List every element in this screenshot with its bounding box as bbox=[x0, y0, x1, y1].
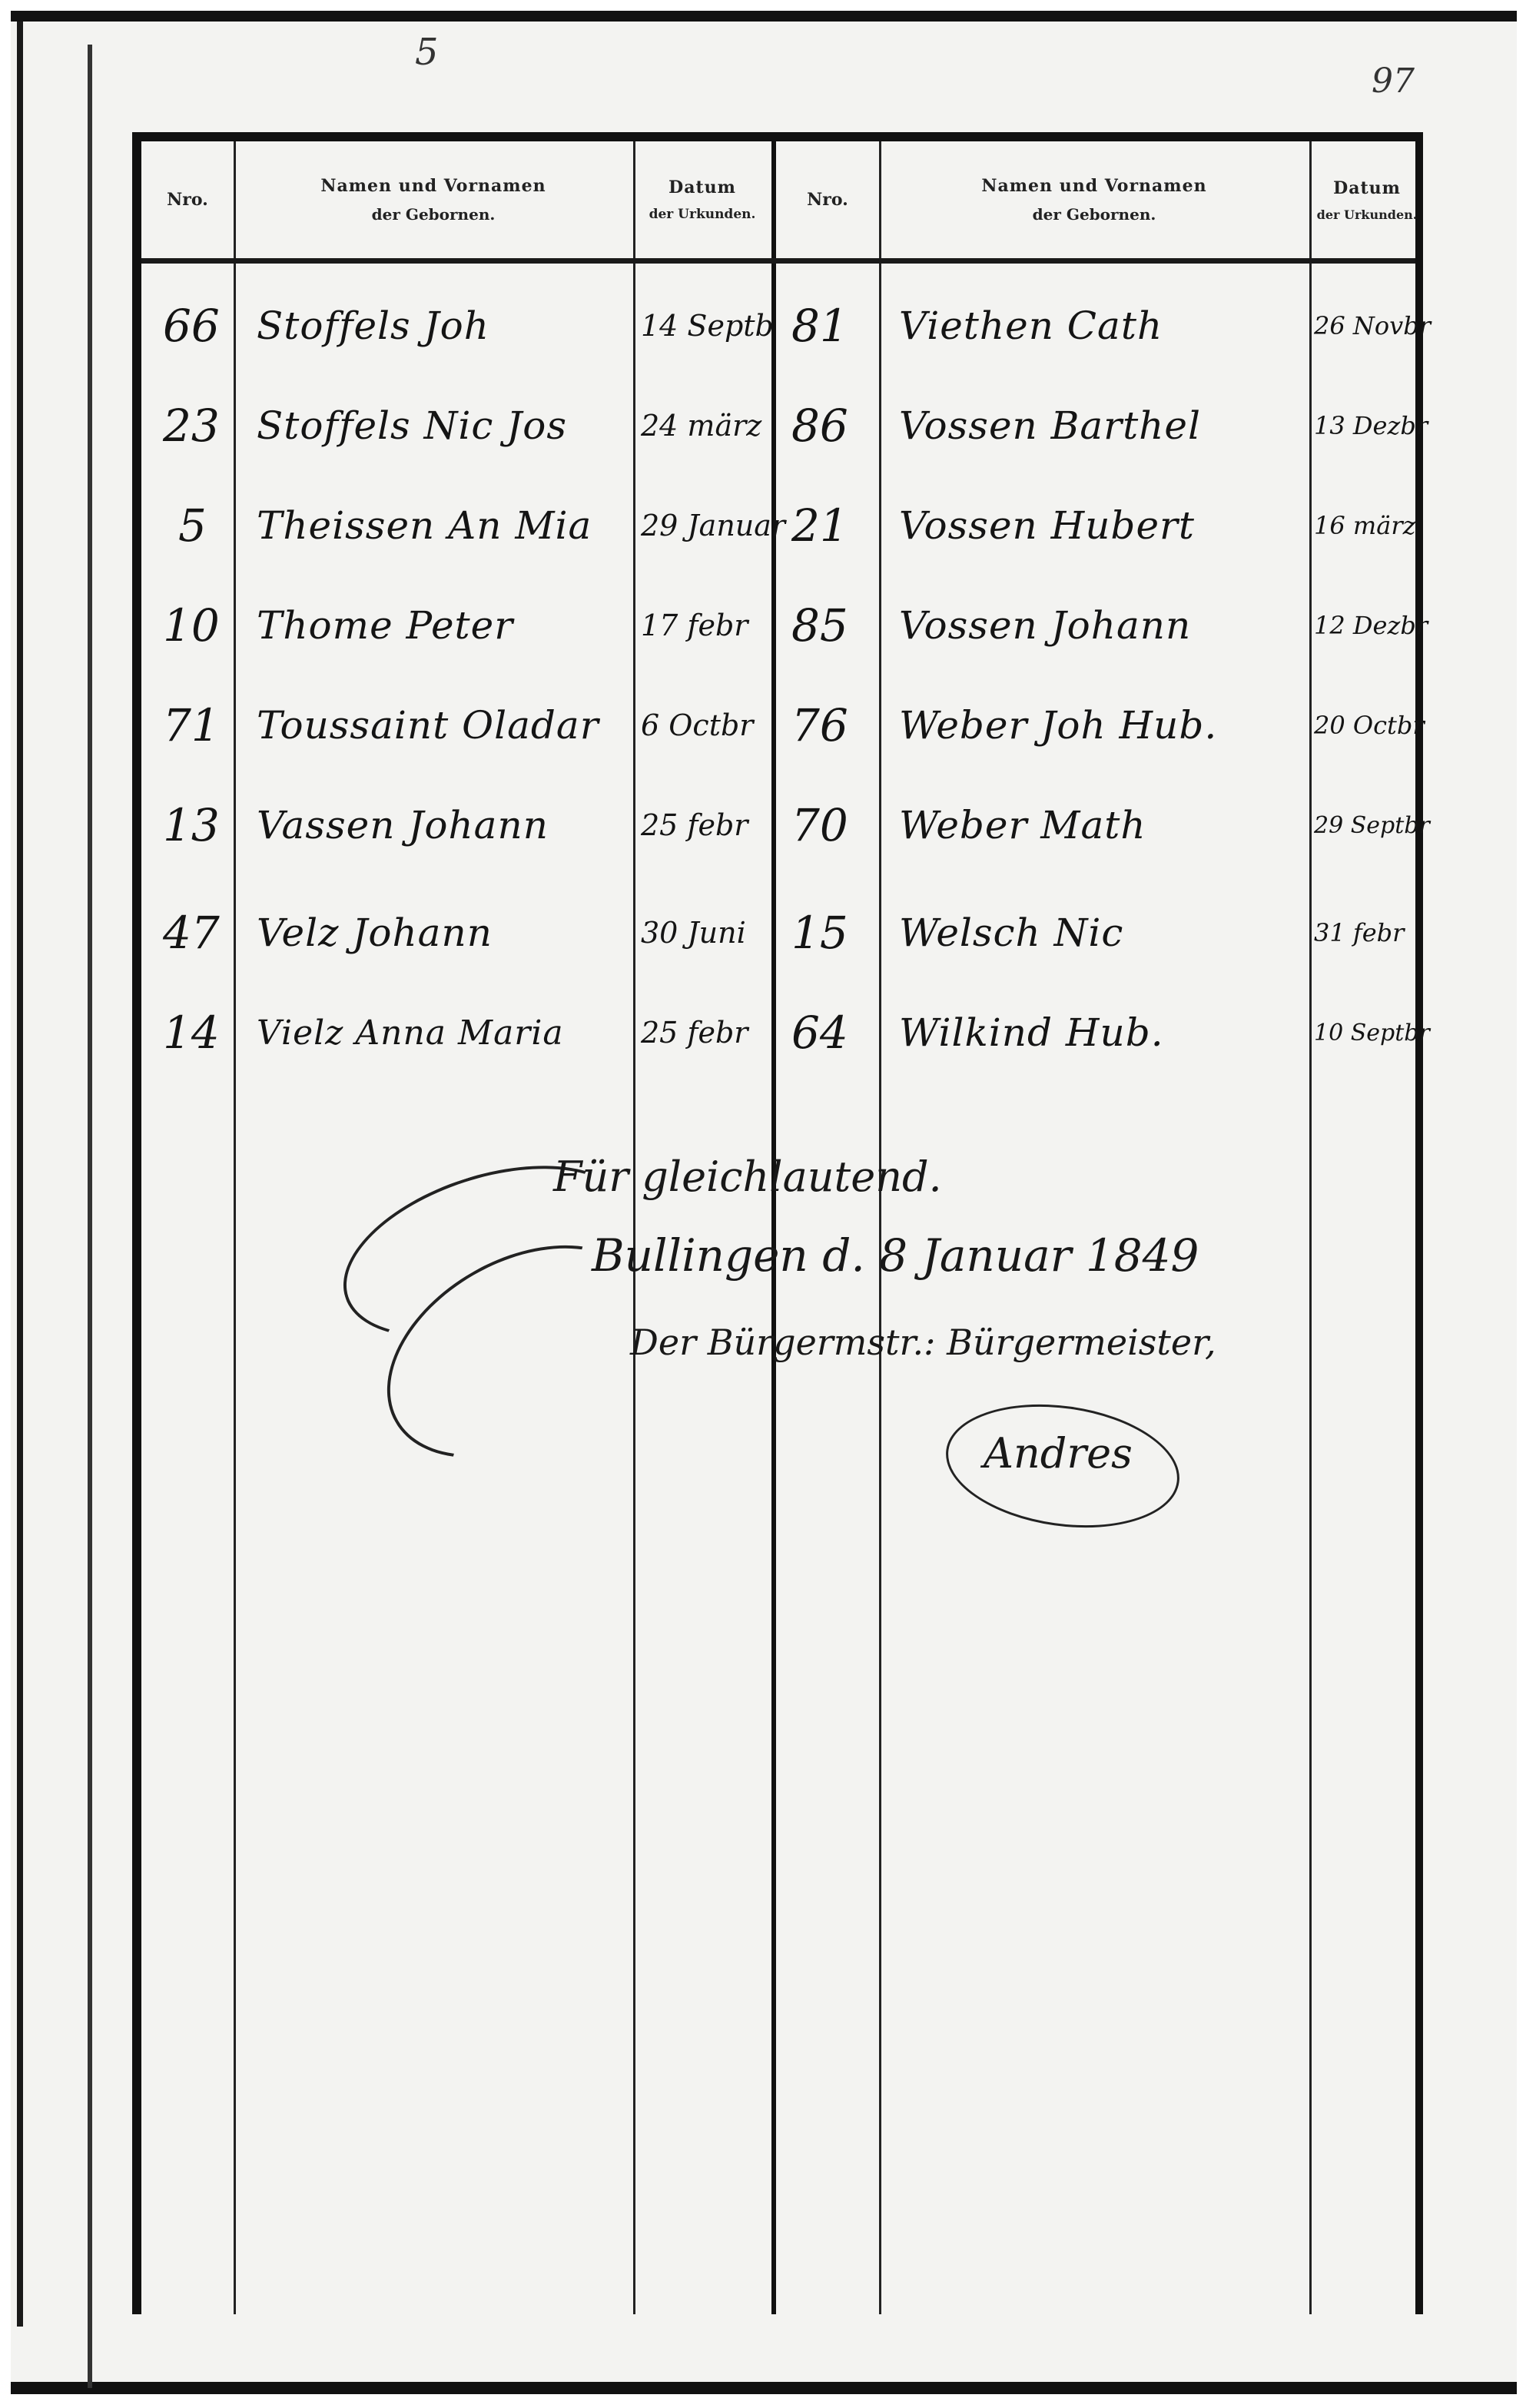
entry-name: Vassen Johann bbox=[257, 803, 549, 847]
entry-name: Welsch Nic bbox=[899, 910, 1123, 955]
entry-number: 15 bbox=[791, 907, 848, 959]
certification-line: Für gleichlautend. bbox=[553, 1153, 942, 1201]
header-name-line2: der Gebornen. bbox=[1033, 205, 1156, 224]
page-number: 97 bbox=[1372, 61, 1415, 101]
entry-name: Thome Peter bbox=[257, 603, 513, 648]
header-nro-left: Nro. bbox=[141, 141, 234, 258]
header-date-line1: Datum bbox=[668, 177, 736, 197]
col-divider bbox=[633, 141, 635, 2314]
entry-name: Vielz Anna Maria bbox=[257, 1013, 564, 1053]
entry-date: 6 Octbr bbox=[641, 708, 753, 742]
entry-date: 17 febr bbox=[641, 609, 748, 642]
entry-date: 16 märz bbox=[1314, 511, 1415, 540]
entry-name: Weber Joh Hub. bbox=[899, 703, 1217, 748]
col-divider bbox=[234, 141, 236, 2314]
top-margin-mark: 5 bbox=[415, 31, 439, 74]
entry-number: 5 bbox=[178, 499, 207, 552]
table-row-left: 14 Vielz Anna Maria 25 febr bbox=[141, 1002, 771, 1063]
entry-name: Toussaint Oladar bbox=[257, 703, 599, 748]
table-row-left: 66 Stoffels Joh 14 Septb bbox=[141, 295, 771, 357]
entry-number: 86 bbox=[791, 400, 848, 452]
entry-date: 10 Septbr bbox=[1314, 1020, 1430, 1046]
entry-number: 66 bbox=[163, 300, 220, 352]
table-header: Nro. Namen und Vornamen der Gebornen. Da… bbox=[141, 141, 1415, 264]
entry-number: 71 bbox=[163, 699, 220, 751]
table-row-left: 23 Stoffels Nic Jos 24 märz bbox=[141, 395, 771, 456]
entry-name: Vossen Barthel bbox=[899, 403, 1201, 448]
entry-name: Velz Johann bbox=[257, 910, 493, 955]
binding-edge-line bbox=[17, 22, 23, 2327]
table-row-right: 86 Vossen Barthel 13 Dezbr bbox=[776, 395, 1429, 456]
header-date-line2: der Urkunden. bbox=[1317, 207, 1418, 222]
entry-number: 13 bbox=[163, 799, 220, 851]
header-date-line1: Datum bbox=[1333, 178, 1401, 198]
header-name-line1: Namen und Vornamen bbox=[320, 176, 546, 196]
table-row-left: 10 Thome Peter 17 febr bbox=[141, 595, 771, 656]
entry-date: 29 Januar bbox=[641, 509, 785, 542]
entry-name: Vossen Johann bbox=[899, 603, 1191, 648]
table-row-left: 5 Theissen An Mia 29 Januar bbox=[141, 495, 771, 556]
signatory-name: Andres bbox=[984, 1429, 1133, 1478]
entry-number: 10 bbox=[163, 599, 220, 652]
entry-date: 20 Octbr bbox=[1314, 711, 1425, 740]
table-row-right: 85 Vossen Johann 12 Dezbr bbox=[776, 595, 1429, 656]
entry-number: 70 bbox=[791, 799, 848, 851]
header-date-left: Datum der Urkunden. bbox=[633, 141, 771, 258]
mayor-title-line: Der Bürgermstr.: Bürgermeister, bbox=[630, 1322, 1216, 1363]
table-row-left: 47 Velz Johann 30 Juni bbox=[141, 902, 771, 964]
entry-date: 25 febr bbox=[641, 1016, 748, 1050]
entry-number: 14 bbox=[163, 1007, 220, 1059]
table-row-right: 81 Viethen Cath 26 Novbr bbox=[776, 295, 1429, 357]
entry-name: Stoffels Joh bbox=[257, 303, 489, 348]
entry-date: 12 Dezbr bbox=[1314, 611, 1428, 640]
table-row-left: 13 Vassen Johann 25 febr bbox=[141, 794, 771, 856]
header-name-line1: Namen und Vornamen bbox=[981, 176, 1206, 196]
entry-date: 29 Septbr bbox=[1314, 812, 1430, 839]
entry-date: 24 märz bbox=[641, 409, 761, 443]
entry-date: 31 febr bbox=[1314, 918, 1404, 947]
entry-name: Theissen An Mia bbox=[257, 503, 592, 548]
entry-name: Weber Math bbox=[899, 803, 1146, 847]
col-divider-center bbox=[771, 141, 776, 2314]
entry-date: 26 Novbr bbox=[1314, 311, 1431, 340]
header-name-left: Namen und Vornamen der Gebornen. bbox=[234, 141, 633, 258]
entry-date: 25 febr bbox=[641, 808, 748, 842]
entry-name: Vossen Hubert bbox=[899, 503, 1195, 548]
table-row-right: 15 Welsch Nic 31 febr bbox=[776, 902, 1429, 964]
entry-name: Viethen Cath bbox=[899, 303, 1163, 348]
entry-date: 30 Juni bbox=[641, 916, 746, 950]
page-fold-line bbox=[88, 45, 92, 2388]
header-date-right: Datum der Urkunden. bbox=[1309, 141, 1425, 258]
entry-name: Wilkind Hub. bbox=[899, 1010, 1164, 1055]
header-name-right: Namen und Vornamen der Gebornen. bbox=[879, 141, 1309, 258]
table-row-right: 64 Wilkind Hub. 10 Septbr bbox=[776, 1002, 1429, 1063]
col-divider bbox=[879, 141, 881, 2314]
birth-register-table: Nro. Namen und Vornamen der Gebornen. Da… bbox=[132, 132, 1423, 2314]
table-row-left: 71 Toussaint Oladar 6 Octbr bbox=[141, 695, 771, 756]
entry-number: 47 bbox=[163, 907, 220, 959]
entry-date: 13 Dezbr bbox=[1314, 411, 1428, 440]
entry-number: 85 bbox=[791, 599, 848, 652]
col-divider bbox=[1309, 141, 1312, 2314]
entry-number: 64 bbox=[791, 1007, 848, 1059]
place-date-line: Bullingen d. 8 Januar 1849 bbox=[592, 1229, 1199, 1282]
table-row-right: 76 Weber Joh Hub. 20 Octbr bbox=[776, 695, 1429, 756]
entry-date: 14 Septb bbox=[641, 309, 774, 343]
entry-number: 23 bbox=[163, 400, 220, 452]
table-row-right: 70 Weber Math 29 Septbr bbox=[776, 794, 1429, 856]
entry-number: 21 bbox=[791, 499, 848, 552]
header-date-line2: der Urkunden. bbox=[649, 207, 756, 222]
table-row-right: 21 Vossen Hubert 16 märz bbox=[776, 495, 1429, 556]
entry-number: 81 bbox=[791, 300, 848, 352]
entry-number: 76 bbox=[791, 699, 848, 751]
entry-name: Stoffels Nic Jos bbox=[257, 403, 567, 448]
header-name-line2: der Gebornen. bbox=[372, 205, 496, 224]
header-nro-right: Nro. bbox=[776, 141, 879, 258]
